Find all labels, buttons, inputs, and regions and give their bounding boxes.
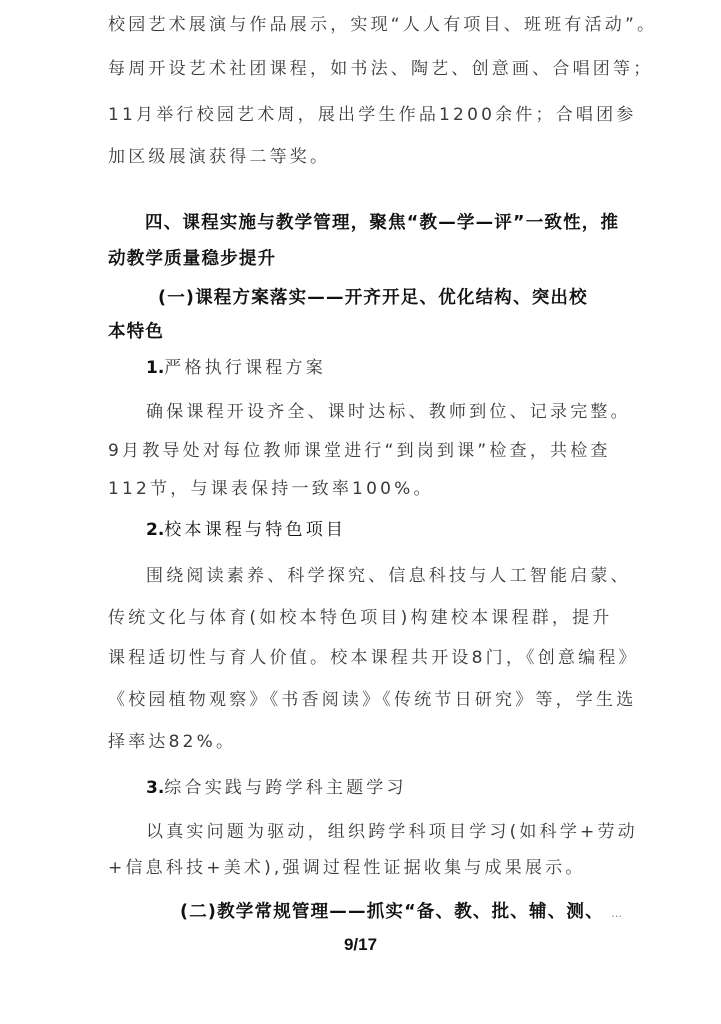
item-number: 1.	[146, 358, 164, 378]
item-number: 3.	[146, 778, 164, 798]
body-text-line: +信息科技+美术),强调过程性证据收集与成果展示。	[108, 857, 586, 879]
page-indicator: 9/17	[0, 935, 721, 955]
item-title: 严格执行课程方案	[164, 358, 326, 378]
subsection-heading-text: (二)教学常规管理——抓实“备、教、批、辅、测、	[180, 902, 604, 922]
body-text-line: 围绕阅读素养、科学探究、信息科技与人工智能启蒙、	[146, 565, 631, 587]
item-heading-1: 1.严格执行课程方案	[146, 357, 326, 379]
subsection-heading-cont: 本特色	[108, 321, 164, 343]
item-heading-2: 2.校本课程与特色项目	[146, 519, 346, 541]
body-text-line: 传统文化与体育(如校本特色项目)构建校本课程群，提升	[108, 607, 612, 629]
body-text-line: 每周开设艺术社团课程，如书法、陶艺、创意画、合唱团等；	[108, 58, 653, 80]
ellipsis-icon: …	[611, 907, 622, 920]
body-text-line: 确保课程开设齐全、课时达标、教师到位、记录完整。	[146, 401, 631, 423]
section-heading-cont: 动教学质量稳步提升	[108, 248, 276, 270]
subsection-heading: (一)课程方案落实——开齐开足、优化结构、突出校	[158, 287, 588, 309]
body-text-line: 加区级展演获得二等奖。	[108, 146, 330, 168]
body-text-line: 11月举行校园艺术周，展出学生作品1200余件；合唱团参	[108, 104, 637, 126]
body-text-line: 112节，与课表保持一致率100%。	[108, 478, 434, 500]
body-text-line: 9月教导处对每位教师课堂进行“到岗到课”检查，共检查	[108, 440, 611, 462]
section-heading: 四、课程实施与教学管理，聚焦“教—学—评”一致性，推	[145, 212, 619, 234]
item-title: 综合实践与跨学科主题学习	[164, 778, 406, 798]
item-number: 2.	[146, 520, 164, 540]
body-text-line: 课程适切性与育人价值。校本课程共开设8门，《创意编程》	[108, 647, 639, 669]
item-heading-3: 3.综合实践与跨学科主题学习	[146, 777, 407, 799]
body-text-line: 《校园植物观察》《书香阅读》《传统节日研究》等，学生选	[108, 689, 636, 711]
item-title: 校本课程与特色项目	[164, 520, 346, 540]
body-text-line: 以真实问题为驱动，组织跨学科项目学习(如科学+劳动	[146, 821, 638, 843]
subsection-heading-2: (二)教学常规管理——抓实“备、教、批、辅、测、 …	[180, 901, 622, 925]
body-text-line: 校园艺术展演与作品展示，实现“人人有项目、班班有活动”。	[108, 14, 657, 36]
body-text-line: 择率达82%。	[108, 731, 236, 753]
